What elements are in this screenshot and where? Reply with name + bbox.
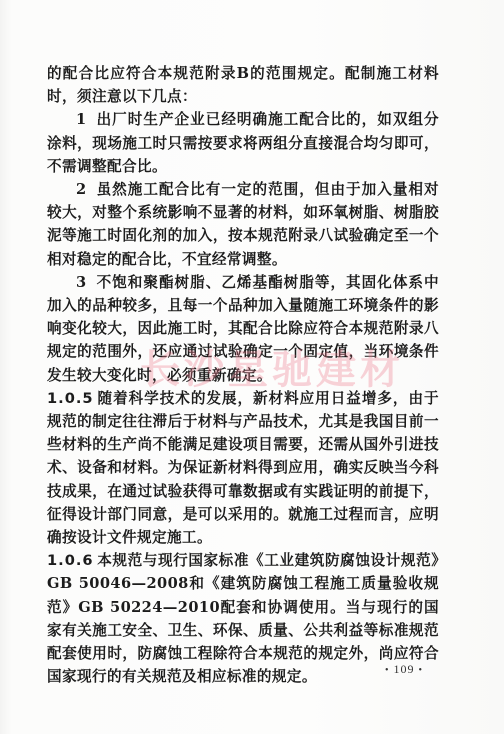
document-page: 的配合比应符合本规范附录B的范围规定。配制施工材料时，须注意以下几点： 1出厂时… [0,0,504,734]
list-item-1: 1出厂时生产企业已经明确施工配合比的，如双组分涂料，现场施工时只需按要求将两组分… [47,108,439,178]
bullet-dot-icon: • [385,665,390,676]
page-number-value: 109 [394,662,415,676]
clause-1-0-5: 1.0.5随着科学技术的发展，新材料应用日益增多，由于规范的制定往往滞后于材料与… [47,387,439,549]
bullet-dot-icon: • [419,665,424,676]
clause-text: 随着科学技术的发展，新材料应用日益增多，由于规范的制定往往滞后于材料与产品技术，… [47,390,439,546]
list-item-3: 3不饱和聚酯树脂、乙烯基酯树脂等，其固化体系中加入的品种较多，且每一个品种加入量… [47,271,439,387]
item-text: 虽然施工配合比有一定的范围，但由于加入量相对较大，对整个系统影响不显著的材料，如… [47,181,439,268]
item-number: 1 [76,108,96,131]
paragraph-continuation: 的配合比应符合本规范附录B的范围规定。配制施工材料时，须注意以下几点： [47,62,439,108]
clause-1-0-6: 1.0.6本规范与现行国家标准《工业建筑防腐蚀设计规范》GB 50046—200… [47,549,439,688]
clause-number: 1.0.5 [47,387,97,410]
page-number: • 109 • [385,662,423,677]
item-number: 2 [76,178,96,201]
clause-number: 1.0.6 [47,549,97,572]
item-number: 3 [76,271,96,294]
item-text: 不饱和聚酯树脂、乙烯基酯树脂等，其固化体系中加入的品种较多，且每一个品种加入量随… [47,274,439,384]
document-body: 的配合比应符合本规范附录B的范围规定。配制施工材料时，须注意以下几点： 1出厂时… [47,62,439,688]
item-text: 出厂时生产企业已经明确施工配合比的，如双组分涂料，现场施工时只需按要求将两组分直… [47,111,439,174]
list-item-2: 2虽然施工配合比有一定的范围，但由于加入量相对较大，对整个系统影响不显著的材料，… [47,178,439,271]
clause-text: 本规范与现行国家标准《工业建筑防腐蚀设计规范》GB 50046—2008和《建筑… [47,552,439,685]
